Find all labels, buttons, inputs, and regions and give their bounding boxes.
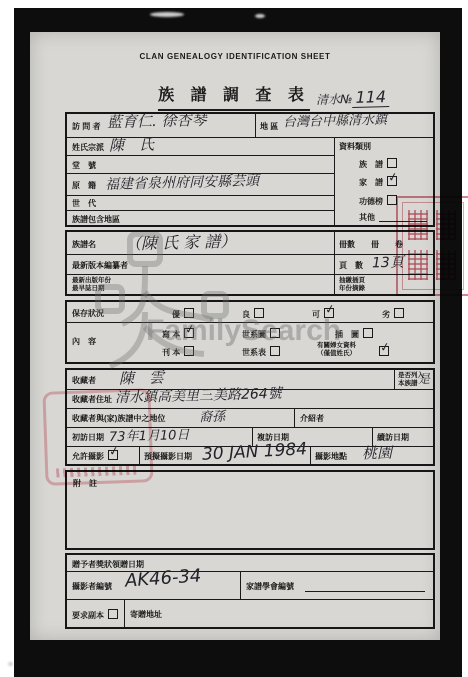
check-mark: ✓ (387, 169, 399, 185)
mailing-address-label: 寄贈地址 (130, 609, 162, 620)
women-data-label-1: 有關婦女資料 (317, 342, 356, 350)
table-line (255, 114, 256, 137)
option-label: 刊 本 (162, 348, 180, 357)
checkbox (270, 346, 280, 356)
table-line (394, 370, 395, 389)
serial-prefix: 清水№ (316, 92, 353, 107)
hall-label: 堂 號 (72, 160, 96, 171)
area-value: 台灣台中縣清水鎮 (283, 109, 387, 131)
film-dust-speck (8, 662, 13, 666)
form-paper: CLAN GENEALOGY IDENTIFICATION SHEET 族 譜 … (30, 32, 440, 640)
photo-place-value: 桃園 (362, 442, 393, 464)
photographer-number-label: 攝影者編號 (72, 581, 112, 592)
checkbox (363, 328, 373, 338)
surname-value: 陳 氏 (109, 133, 155, 155)
option-label: 插 圖 (335, 330, 359, 339)
table-line (294, 408, 295, 427)
filming-table: 贈予者獎狀領贈日期 攝影者編號 AK46-34 家譜學會編號 要求副本 寄贈地址 (65, 553, 435, 629)
checkbox (387, 158, 397, 168)
table-line (124, 599, 125, 627)
seal-glyph (408, 210, 428, 240)
option-label: 要求副本 (72, 611, 104, 620)
firstdate-label: 最早誌日期 (72, 285, 105, 293)
table-line (67, 210, 334, 211)
option-label: 家 譜 (359, 178, 383, 187)
listed-value: 是 (418, 370, 430, 387)
option-label: 可 (312, 310, 320, 319)
interviewer-label: 訪 問 者 (72, 121, 100, 132)
checkbox (184, 346, 194, 356)
film-dust-speck (255, 14, 265, 18)
content-manuscript: 寫 本✓ (162, 328, 194, 340)
volume-label: 冊數 冊 卷 (339, 239, 403, 250)
check-mark: ✓ (324, 301, 336, 317)
scanned-genealogy-sheet: CLAN GENEALOGY IDENTIFICATION SHEET 族 譜 … (0, 0, 468, 677)
introducer-label: 介紹者 (300, 413, 324, 424)
option-label: 世系表 (242, 348, 266, 357)
option-label: 優 (172, 310, 180, 319)
table-line (67, 322, 433, 323)
seal-glyph (436, 250, 456, 280)
check-mark: ✓ (379, 339, 391, 355)
owner-position-value: 裔孫 (199, 406, 226, 426)
material-option-clan: 族 譜 (359, 158, 397, 170)
table-line (67, 571, 433, 572)
copy-request: 要求副本 (72, 609, 118, 621)
option-label: 功德榜 (359, 197, 383, 206)
option-label: 良 (242, 310, 250, 319)
coverage-label: 族譜包含地區 (72, 214, 120, 225)
table-line (67, 155, 334, 156)
society-number-label: 家譜學會編號 (246, 581, 294, 592)
form-title: 族 譜 調 查 表 (158, 82, 310, 111)
photographer-number-value: AK46-34 (124, 565, 202, 591)
surname-label: 姓氏宗派 (72, 142, 104, 153)
listed-label-2: 本族譜 (398, 380, 418, 388)
condition-label: 保存狀況 (72, 308, 104, 319)
book-name-value: （陳 氏 家 譜） (125, 229, 237, 255)
checkbox (108, 609, 118, 619)
owner-label: 收藏者 (72, 375, 96, 386)
condition-option-fair: 可✓ (312, 308, 334, 320)
women-data-label-2: （僅值姓氏） (317, 350, 356, 358)
seal-glyph (408, 250, 428, 280)
seal-glyph (436, 210, 456, 240)
option-label: 世系圖 (242, 330, 266, 339)
condition-option-poor: 劣 (382, 308, 404, 320)
photo-place-label: 攝影地點 (315, 451, 347, 462)
checkbox: ✓ (184, 328, 194, 338)
check-mark: ✓ (184, 321, 196, 337)
award-header: 贈予者獎狀領贈日期 (72, 559, 144, 570)
pages-label: 頁 數 (339, 260, 363, 271)
checkbox: ✓ (387, 176, 397, 186)
survey-table: 訪 問 者 藍育仁. 徐杏琴 地 區 台灣台中縣清水鎮 姓氏宗派 陳 氏 堂 號… (65, 112, 435, 227)
material-option-family: 家 譜✓ (359, 176, 397, 188)
option-label: 寫 本 (162, 330, 180, 339)
table-line (334, 232, 335, 294)
insert-label-1: 抽繳插頁 (339, 277, 365, 285)
pubyear-label: 最新出版年份 (72, 277, 111, 285)
condition-option-excellent: 優 (172, 308, 194, 320)
checkbox (270, 328, 280, 338)
table-line (240, 571, 241, 599)
checkbox: ✓ (324, 308, 334, 318)
english-title: CLAN GENEALOGY IDENTIFICATION SHEET (30, 52, 440, 61)
compiler-label: 最新版本編纂者 (72, 260, 128, 271)
red-seal-stamp (396, 196, 468, 296)
table-line (67, 599, 433, 600)
insert-label-2: 年份摘錄 (339, 285, 365, 293)
material-option-other: 其他 (359, 212, 375, 223)
origin-label: 原 籍 (72, 180, 96, 191)
checkbox (254, 308, 264, 318)
film-dust-speck (150, 12, 184, 17)
interviewer-value: 藍育仁. 徐杏琴 (107, 109, 207, 133)
checkbox: ✓ (379, 346, 389, 356)
condition-option-good: 良 (242, 308, 264, 320)
society-number-line (305, 591, 425, 592)
content-label: 內 容 (72, 336, 96, 347)
book-table: 族譜名 （陳 氏 家 譜） 冊數 冊 卷 最新版本編纂者 頁 數 13頁 最新出… (65, 230, 435, 296)
area-label: 地 區 (260, 121, 278, 132)
generation-label: 世 代 (72, 198, 96, 209)
handwritten-serial: 清水№114 (316, 87, 390, 108)
photo-date-value: 30 JAN 1984 (202, 439, 308, 464)
table-line (67, 195, 334, 196)
table-line (67, 274, 433, 275)
faint-red-stamp (42, 388, 153, 486)
serial-number: 114 (352, 87, 389, 108)
material-type-header: 資料類別 (339, 141, 371, 152)
checkbox (394, 308, 404, 318)
option-label: 族 譜 (359, 160, 383, 169)
table-line (310, 446, 311, 464)
content-illustrations: 插 圖 (335, 328, 373, 340)
checkbox (184, 308, 194, 318)
origin-value: 福建省泉州府同安縣芸頭 (105, 170, 259, 194)
content-pedigree-chart: 世系圖 (242, 328, 280, 340)
option-label: 劣 (382, 310, 390, 319)
condition-table: 保存狀況 優 良 可✓ 劣 內 容 寫 本✓ 世系圖 插 圖 (65, 300, 435, 364)
table-line (334, 137, 335, 225)
book-name-label: 族譜名 (72, 239, 96, 250)
content-printed: 刊 本 (162, 346, 194, 358)
women-data-checkbox: ✓ (375, 346, 389, 357)
seal-glyph (56, 466, 136, 478)
content-pedigree-table: 世系表 (242, 346, 280, 358)
material-option-merit: 功德榜 (359, 195, 397, 207)
